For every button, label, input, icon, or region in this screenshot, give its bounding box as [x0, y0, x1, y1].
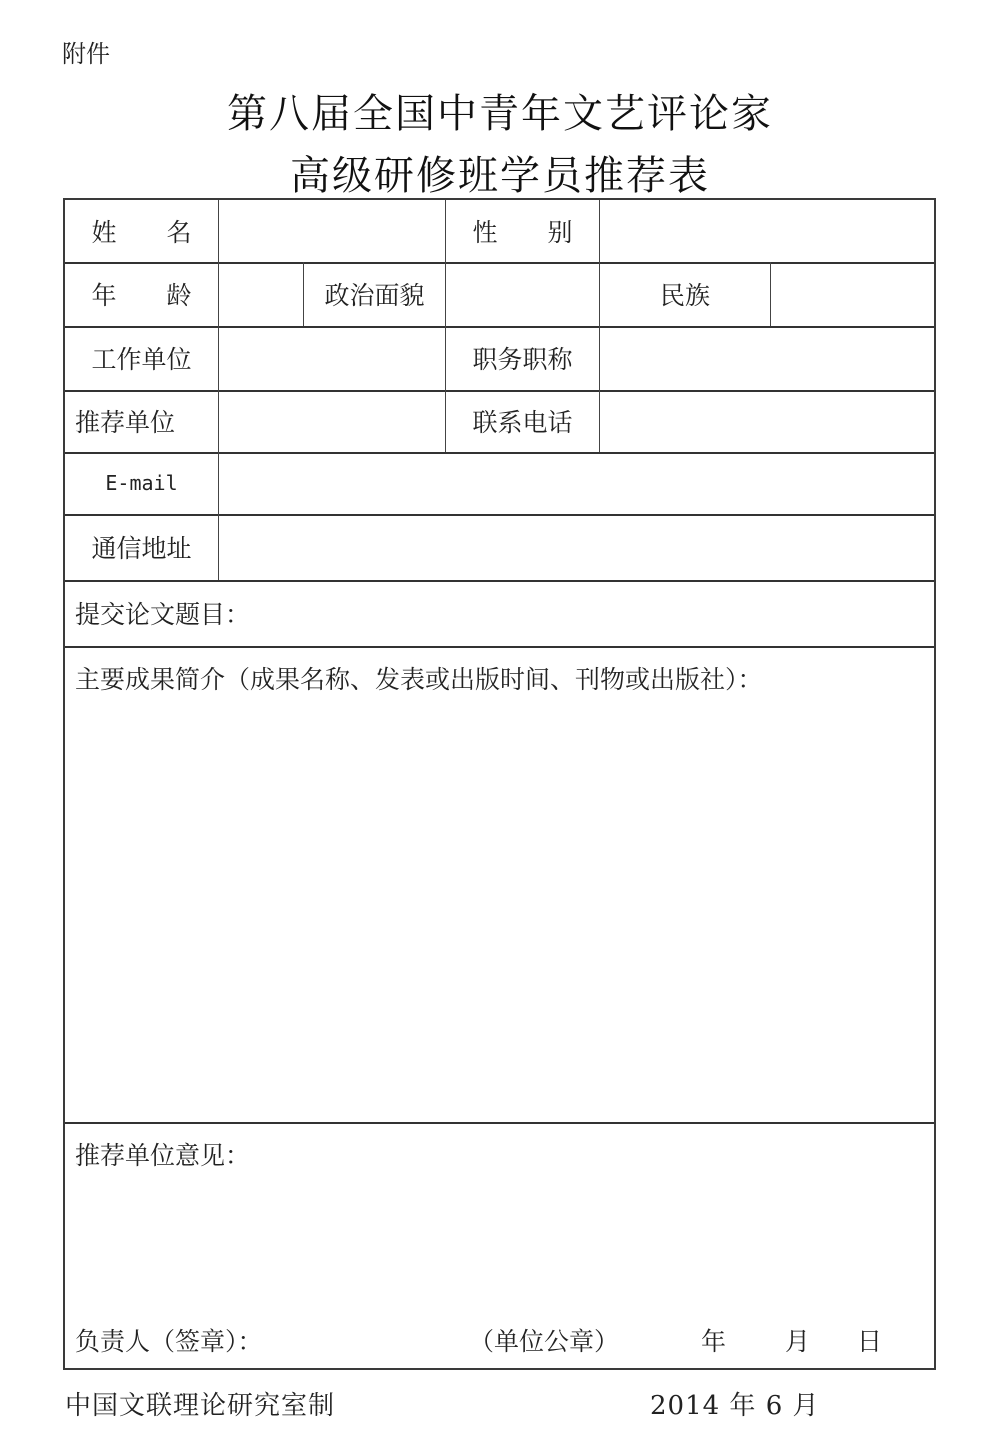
recommendation-opinion-field[interactable] [65, 1176, 934, 1316]
name-label: 姓 名 [65, 200, 218, 262]
issuer-label: 中国文联理论研究室制 [65, 1385, 335, 1422]
issue-date: 2014 年 6 月 [650, 1385, 820, 1422]
paper-title-label: 提交论文题目： [75, 580, 250, 646]
phone-field[interactable] [601, 390, 934, 452]
recommending-unit-label: 推荐单位 [75, 390, 218, 452]
column-divider [770, 262, 771, 326]
job-title-label: 职务职称 [446, 326, 599, 390]
address-label: 通信地址 [65, 514, 218, 580]
name-field[interactable] [220, 200, 444, 262]
phone-label: 联系电话 [446, 390, 599, 452]
date-day-label: 日 [857, 1320, 882, 1360]
work-unit-label: 工作单位 [65, 326, 218, 390]
recommending-unit-field[interactable] [220, 390, 444, 452]
column-divider [218, 200, 219, 580]
row-divider [65, 1122, 934, 1124]
age-field[interactable] [220, 262, 302, 326]
column-divider [599, 200, 600, 452]
gender-label: 性 别 [446, 200, 599, 262]
row-divider [65, 646, 934, 648]
form-title-line1: 第八届全国中青年文艺评论家 [0, 82, 1000, 139]
paper-title-field[interactable] [265, 580, 934, 646]
email-field[interactable] [220, 452, 934, 514]
date-month-label: 月 [785, 1320, 810, 1360]
achievements-label: 主要成果简介（成果名称、发表或出版时间、刊物或出版社）： [75, 658, 763, 698]
ethnicity-label: 民族 [600, 262, 770, 326]
signature-label: 负责人（签章）： [75, 1320, 263, 1360]
date-year-label: 年 [701, 1320, 726, 1360]
recommendation-opinion-label: 推荐单位意见： [75, 1134, 250, 1174]
attachment-label: 附件 [62, 34, 110, 69]
political-status-field[interactable] [446, 262, 598, 326]
achievements-field[interactable] [65, 700, 934, 1120]
work-unit-field[interactable] [220, 326, 444, 390]
email-label: E-mail [65, 452, 218, 514]
political-status-label: 政治面貌 [304, 262, 445, 326]
gender-field[interactable] [601, 200, 934, 262]
ethnicity-field[interactable] [772, 262, 934, 326]
form-title-line2: 高级研修班学员推荐表 [0, 144, 1000, 201]
job-title-field[interactable] [601, 326, 934, 390]
address-field[interactable] [220, 514, 934, 580]
seal-label: （单位公章） [469, 1320, 619, 1360]
recommendation-form: 姓 名 性 别 年 龄 政治面貌 民族 工作单位 职务职称 推荐单位 联系电话 … [63, 198, 936, 1370]
age-label: 年 龄 [65, 262, 218, 326]
